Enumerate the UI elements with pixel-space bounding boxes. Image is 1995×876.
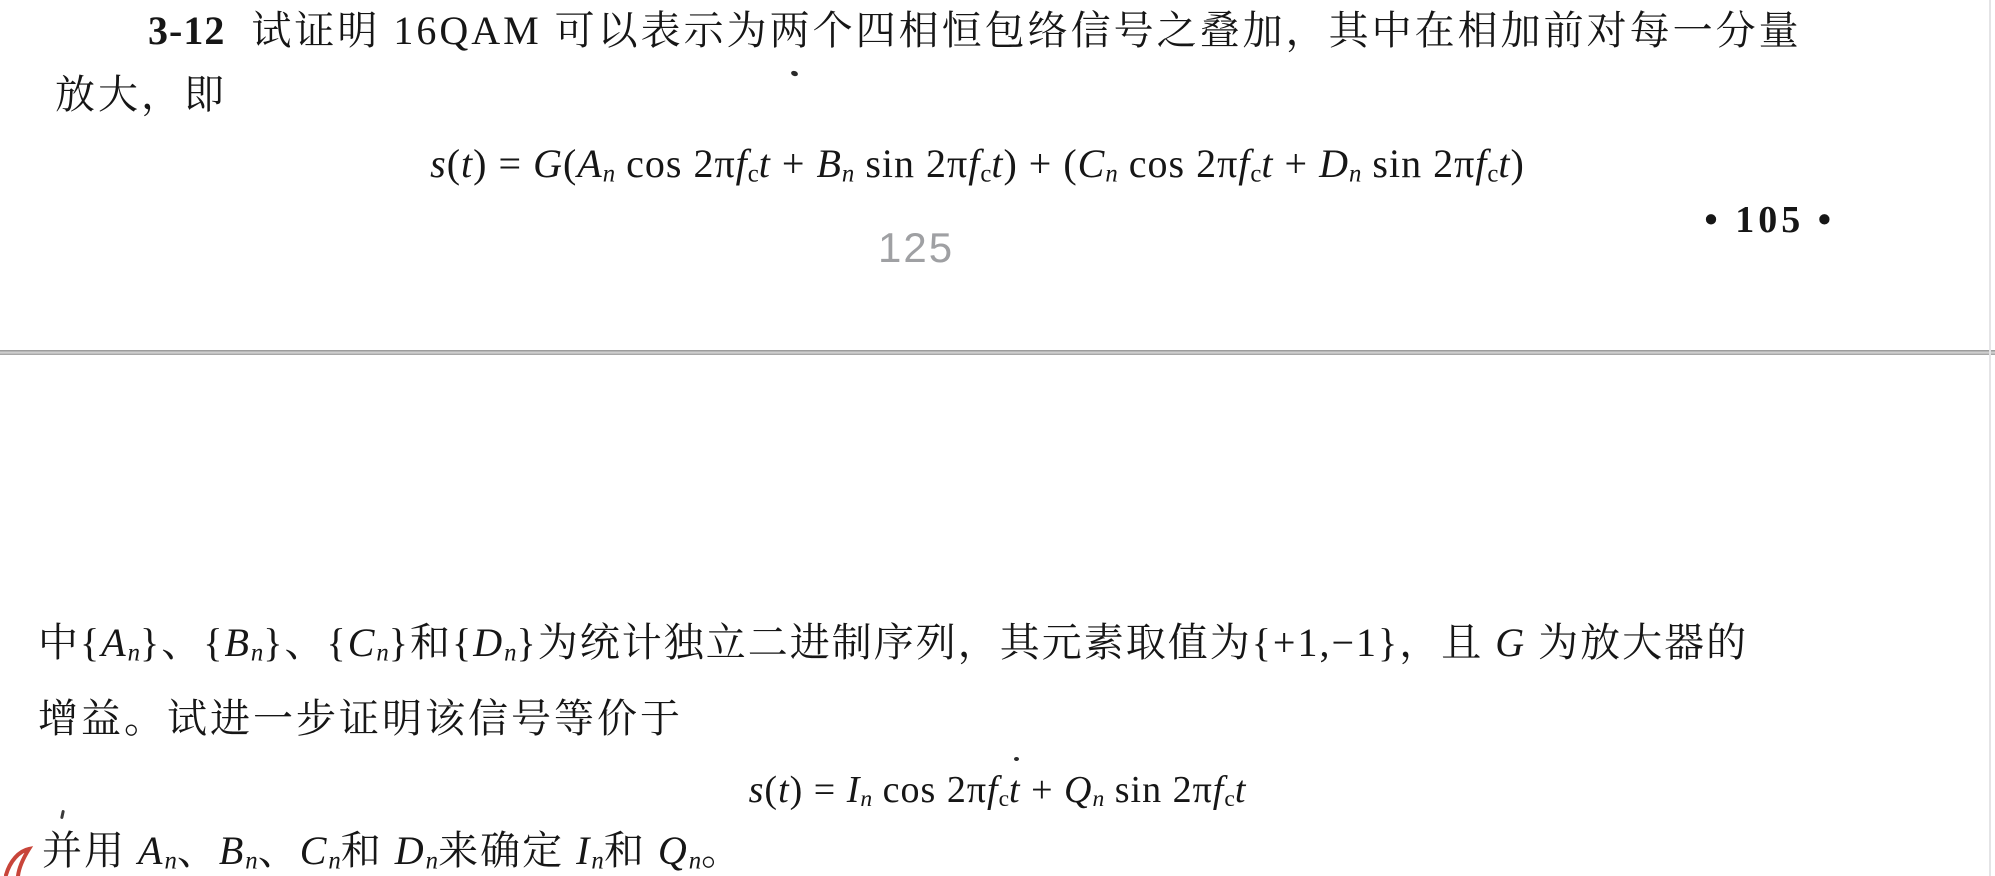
math-token: t xyxy=(461,141,473,186)
math-token: G xyxy=(1495,620,1526,665)
math-token: + xyxy=(1021,769,1064,811)
math-token: 、 xyxy=(258,828,300,873)
math-token: D xyxy=(1319,141,1349,186)
math-token: 为放大器的 xyxy=(1526,620,1748,665)
scan-speck xyxy=(1014,757,1019,761)
math-token: f xyxy=(736,141,748,186)
scan-speck xyxy=(60,810,65,819)
math-token: B xyxy=(224,620,250,665)
math-token: C xyxy=(1078,141,1106,186)
viewer-page-number: 125 xyxy=(878,224,954,272)
math-token: A xyxy=(577,141,602,186)
body-line3: 并用 An、Bn、Cn和 Dn来确定 In和 Qn。 xyxy=(42,828,743,876)
math-token: 中{ xyxy=(38,620,101,665)
body-line2: 增益。试进一步证明该信号等价于 xyxy=(38,696,683,742)
problem-statement-line2: 放大，即 xyxy=(55,72,227,118)
math-token: ) xyxy=(1511,141,1525,186)
math-token: c xyxy=(980,160,991,187)
red-pen-mark xyxy=(2,844,44,876)
math-token: D xyxy=(395,828,426,873)
math-token: c xyxy=(1250,160,1261,187)
math-token: + xyxy=(1274,141,1320,186)
right-edge-line xyxy=(1989,0,1991,876)
problem-number: 3-12 xyxy=(148,8,225,53)
math-token: cos 2π xyxy=(1118,141,1239,186)
math-token: B xyxy=(219,828,245,873)
math-token: 、 xyxy=(177,828,219,873)
math-token: cos 2π xyxy=(872,769,987,811)
math-token: }、{ xyxy=(140,620,224,665)
math-token: f xyxy=(968,141,980,186)
math-token: n xyxy=(1092,786,1104,812)
math-token: t xyxy=(778,769,790,811)
math-token: n xyxy=(164,847,176,874)
math-token: 和 xyxy=(604,828,658,873)
document-viewer: 3-12试证明 16QAM 可以表示为两个四相恒包络信号之叠加，其中在相加前对每… xyxy=(0,0,1995,876)
problem-statement-text: 试证明 16QAM 可以表示为两个四相恒包络信号之叠加，其中在相加前对每一分量 xyxy=(251,8,1801,53)
math-token: n xyxy=(1105,160,1117,187)
math-token: n xyxy=(603,160,615,187)
math-token: n xyxy=(1349,160,1361,187)
math-token: n xyxy=(328,847,340,874)
math-token: t xyxy=(1235,769,1247,811)
math-token: 。 xyxy=(701,828,743,873)
math-token: ( xyxy=(764,769,778,811)
math-token: sin 2π xyxy=(854,141,968,186)
math-token: }和{ xyxy=(389,620,473,665)
math-token: n xyxy=(842,160,854,187)
math-token: sin 2π xyxy=(1361,141,1475,186)
math-token: A xyxy=(138,828,164,873)
math-token: ) = xyxy=(473,141,533,186)
math-token: ) + ( xyxy=(1003,141,1077,186)
math-token: s xyxy=(749,769,765,811)
math-token: D xyxy=(473,620,504,665)
math-token: n xyxy=(251,639,263,666)
problem-statement-line1: 3-12试证明 16QAM 可以表示为两个四相恒包络信号之叠加，其中在相加前对每… xyxy=(148,8,1802,54)
math-token: t xyxy=(991,141,1003,186)
math-token: n xyxy=(376,639,388,666)
scan-speck xyxy=(790,70,798,77)
math-token: n xyxy=(689,847,701,874)
math-token: t xyxy=(1261,141,1273,186)
math-token: f xyxy=(1475,141,1487,186)
math-token: c xyxy=(999,786,1009,812)
math-token: n xyxy=(860,786,872,812)
math-token: }为统计独立二进制序列，其元素取值为{+1,−1}，且 xyxy=(517,620,1496,665)
math-token: Q xyxy=(1064,769,1092,811)
math-token: t xyxy=(1009,769,1021,811)
math-token: 并用 xyxy=(42,828,138,873)
math-token: n xyxy=(426,847,438,874)
math-token: }、{ xyxy=(263,620,347,665)
math-token: n xyxy=(591,847,603,874)
math-token: C xyxy=(348,620,377,665)
math-token: cos 2π xyxy=(615,141,736,186)
math-token: c xyxy=(1224,786,1234,812)
math-token: 和 xyxy=(341,828,395,873)
math-token: 来确定 xyxy=(438,828,576,873)
math-token: I xyxy=(576,828,591,873)
math-token: t xyxy=(1498,141,1510,186)
math-token: ( xyxy=(447,141,461,186)
math-token: C xyxy=(300,828,329,873)
math-token: n xyxy=(245,847,257,874)
page-divider xyxy=(0,350,1995,355)
math-token: f xyxy=(987,769,999,811)
math-token: c xyxy=(748,160,759,187)
math-token: ) = xyxy=(790,769,847,811)
math-token: f xyxy=(1213,769,1225,811)
red-pen-stroke xyxy=(6,849,29,876)
math-token: Q xyxy=(658,828,689,873)
math-token: G xyxy=(533,141,563,186)
body-line1: 中{An}、{Bn}、{Cn}和{Dn}为统计独立二进制序列，其元素取值为{+1… xyxy=(38,620,1748,668)
math-token: n xyxy=(504,639,516,666)
math-token: B xyxy=(816,141,841,186)
formula-equivalent-signal: s(t) = In cos 2πfct + Qn sin 2πfct xyxy=(0,770,1995,813)
math-token: f xyxy=(1238,141,1250,186)
math-token: sin 2π xyxy=(1104,769,1213,811)
math-token: I xyxy=(847,769,861,811)
math-token: A xyxy=(101,620,127,665)
math-token: c xyxy=(1487,160,1498,187)
math-token: t xyxy=(759,141,771,186)
math-token: ( xyxy=(563,141,577,186)
math-token: n xyxy=(128,639,140,666)
math-token: s xyxy=(430,141,447,186)
math-token: + xyxy=(771,141,817,186)
printed-page-number: • 105 • xyxy=(1704,198,1835,242)
formula-16qam-sum: s(t) = G(An cos 2πfct + Bn sin 2πfct) + … xyxy=(0,142,1975,188)
